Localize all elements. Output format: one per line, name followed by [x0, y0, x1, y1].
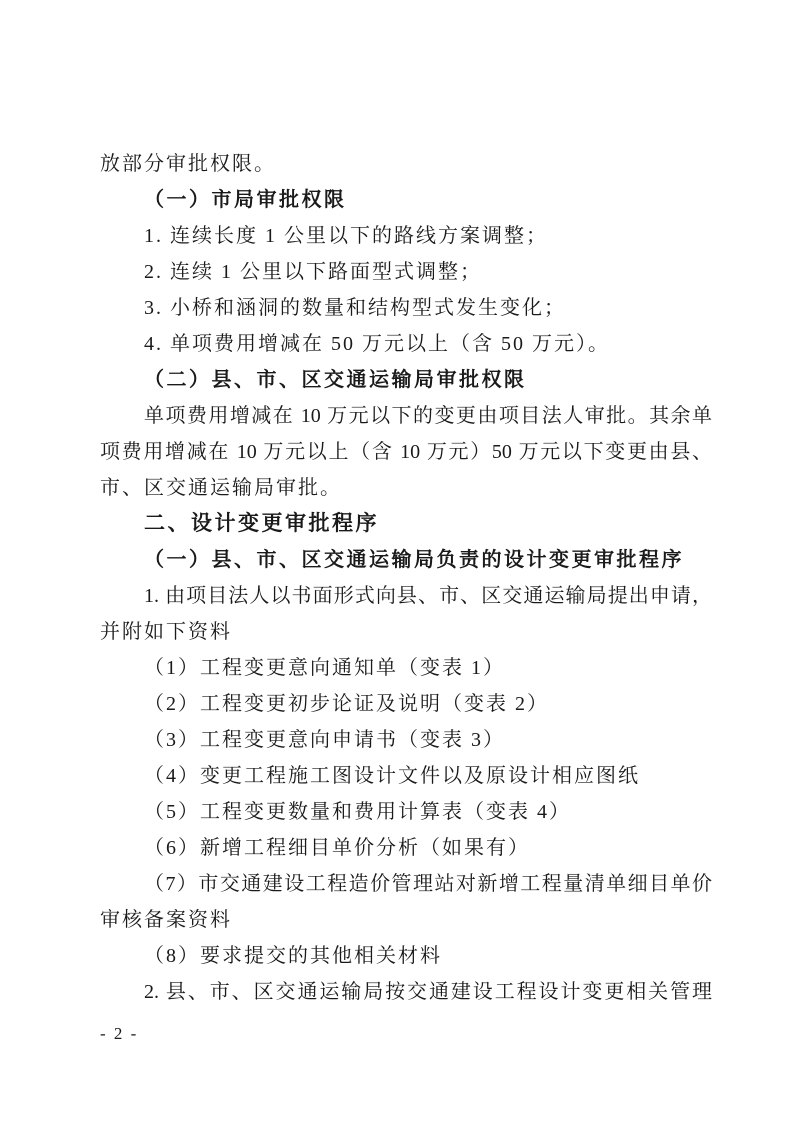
heading-county-bureau-approval-authority: （二）县、市、区交通运输局审批权限 [100, 362, 712, 398]
paragraph-cost-threshold-line-2: 项费用增减在 10 万元以上（含 10 万元）50 万元以下变更由县、 [100, 434, 712, 470]
attachment-1-change-intent-notice: （1）工程变更意向通知单（变表 1） [100, 650, 712, 686]
document-body: 放部分审批权限。 （一）市局审批权限 1. 连续长度 1 公里以下的路线方案调整… [100, 146, 712, 1010]
attachment-6-unit-price-analysis: （6）新增工程细目单价分析（如果有） [100, 830, 712, 866]
attachment-2-preliminary-demonstration: （2）工程变更初步论证及说明（变表 2） [100, 686, 712, 722]
paragraph-cost-threshold-line-3: 市、区交通运输局审批。 [100, 470, 712, 506]
heading-section-2-approval-procedures: 二、设计变更审批程序 [100, 506, 712, 542]
page-number: - 2 - [100, 1022, 138, 1046]
item-1-written-application-line-1: 1. 由项目法人以书面形式向县、市、区交通运输局提出申请， [100, 578, 712, 614]
item-2-management-regulations-line-1: 2. 县、市、区交通运输局按交通建设工程设计变更相关管理 [100, 974, 712, 1010]
document-page-background: { "doc": { "colors": { "text": "#1a1a1a"… [0, 0, 793, 1122]
paragraph-tail-delegated-authority: 放部分审批权限。 [100, 146, 712, 182]
list-item-pavement-type-adjustment: 2. 连续 1 公里以下路面型式调整； [100, 254, 712, 290]
attachment-7-cost-station-review-line-2: 审核备案资料 [100, 902, 712, 938]
list-item-cost-over-50wan: 4. 单项费用增减在 50 万元以上（含 50 万元）。 [100, 326, 712, 362]
paragraph-cost-threshold-line-1: 单项费用增减在 10 万元以下的变更由项目法人审批。其余单 [100, 398, 712, 434]
attachment-5-quantity-cost-table: （5）工程变更数量和费用计算表（变表 4） [100, 794, 712, 830]
heading-county-bureau-procedure: （一）县、市、区交通运输局负责的设计变更审批程序 [100, 542, 712, 578]
heading-city-bureau-approval-authority: （一）市局审批权限 [100, 182, 712, 218]
attachment-3-intent-application: （3）工程变更意向申请书（变表 3） [100, 722, 712, 758]
list-item-bridge-culvert-change: 3. 小桥和涵洞的数量和结构型式发生变化； [100, 290, 712, 326]
document-page: 放部分审批权限。 （一）市局审批权限 1. 连续长度 1 公里以下的路线方案调整… [0, 0, 793, 1122]
list-item-route-plan-adjustment: 1. 连续长度 1 公里以下的路线方案调整； [100, 218, 712, 254]
attachment-4-construction-drawings: （4）变更工程施工图设计文件以及原设计相应图纸 [100, 758, 712, 794]
attachment-8-other-materials: （8）要求提交的其他相关材料 [100, 938, 712, 974]
item-1-written-application-line-2: 并附如下资料 [100, 614, 712, 650]
attachment-7-cost-station-review-line-1: （7）市交通建设工程造价管理站对新增工程量清单细目单价 [100, 866, 712, 902]
